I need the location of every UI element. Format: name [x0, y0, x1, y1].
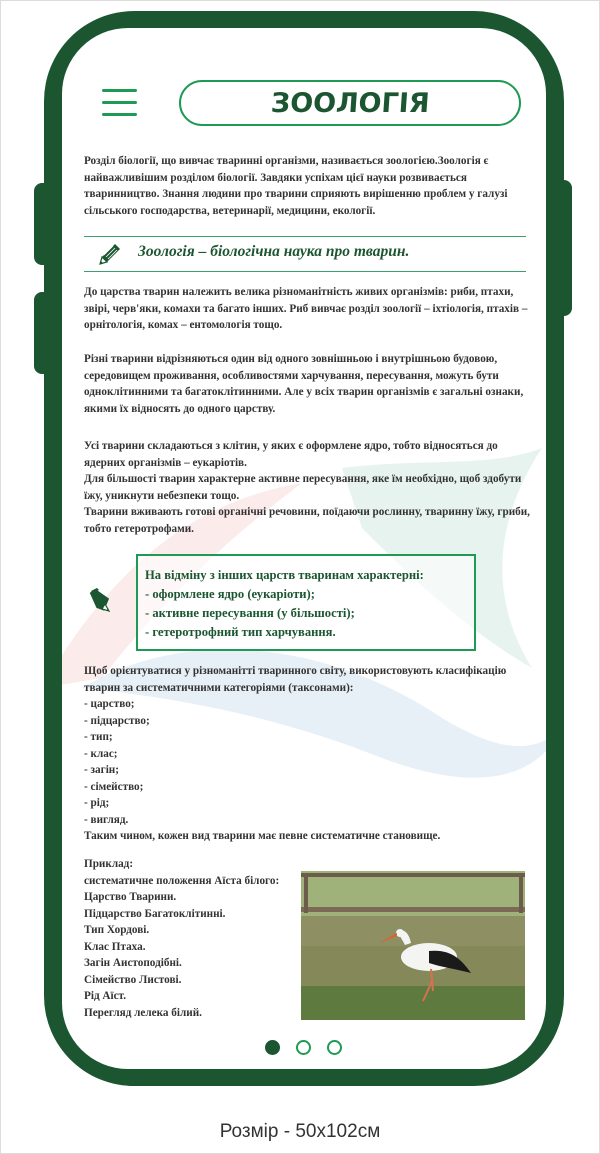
paragraph-characteristics: Усі тварини складаються з клітин, у яких…	[84, 438, 532, 537]
feature-box-heading: На відміну з інших царств тваринам харак…	[145, 566, 474, 585]
taxonomy-intro: Щоб орієнтуватися у різноманітті тваринн…	[84, 663, 532, 696]
divider-top	[84, 236, 526, 237]
size-caption: Розмір - 50х102см	[0, 1121, 600, 1143]
taxon-item: - клас;	[84, 746, 532, 763]
feature-item: - активне пересування (у більшості);	[145, 604, 474, 623]
title-banner: ЗООЛОГІЯ	[179, 80, 521, 126]
example-line: Тип Хордові.	[84, 922, 294, 939]
example-line: Рід Аїст.	[84, 988, 294, 1005]
example-line: Сімейство Листові.	[84, 972, 294, 989]
example-line: Підцарство Багатоклітинні.	[84, 906, 294, 923]
paragraph-differences: Різні тварини відрізняються один від одн…	[84, 351, 532, 417]
divider-bottom	[84, 271, 526, 272]
feature-item: - гетеротрофний тип харчування.	[145, 623, 474, 642]
taxon-item: - царство;	[84, 696, 532, 713]
feature-item: - оформлене ядро (еукаріоти);	[145, 585, 474, 604]
example-line: Клас Птаха.	[84, 939, 294, 956]
intro-paragraph: Розділ біології, що вивчає тваринні орга…	[84, 153, 532, 219]
taxon-item: - рід;	[84, 795, 532, 812]
highlight-definition: Зоологія – біологічна наука про тварин.	[138, 243, 409, 261]
pencil-icon	[88, 585, 114, 613]
paragraph-animal-diversity: До царства тварин належить велика різном…	[84, 284, 532, 334]
feature-box: На відміну з інших царств тваринам харак…	[136, 554, 476, 651]
taxon-item: - тип;	[84, 729, 532, 746]
pagination-dots	[265, 1040, 345, 1056]
taxonomy-list: - царство; - підцарство; - тип; - клас; …	[84, 696, 532, 845]
phone-screen: ЗООЛОГІЯ Розділ біології, що вивчає твар…	[62, 28, 546, 1069]
page-dot-1[interactable]	[265, 1040, 280, 1055]
taxon-item: - підцарство;	[84, 713, 532, 730]
taxon-item: - сімейство;	[84, 779, 532, 796]
page-dot-2[interactable]	[296, 1040, 311, 1055]
example-subtitle: систематичне положення Аїста білого:	[84, 873, 294, 890]
example-line: Царство Тварини.	[84, 889, 294, 906]
example-label: Приклад:	[84, 856, 294, 873]
taxon-item: - загін;	[84, 762, 532, 779]
taxonomy-conclusion: Таким чином, кожен вид тварини має певне…	[84, 828, 532, 845]
example-line: Загін Аистоподібні.	[84, 955, 294, 972]
example-block: Приклад: систематичне положення Аїста бі…	[84, 856, 294, 1021]
taxon-item: - вигляд.	[84, 812, 532, 829]
page-dot-3[interactable]	[327, 1040, 342, 1055]
example-line: Перегляд лелека білий.	[84, 1005, 294, 1022]
pencil-icon	[96, 240, 124, 268]
hamburger-menu-icon[interactable]	[102, 87, 138, 119]
page-title: ЗООЛОГІЯ	[270, 88, 431, 119]
white-stork-photo	[301, 871, 525, 1020]
